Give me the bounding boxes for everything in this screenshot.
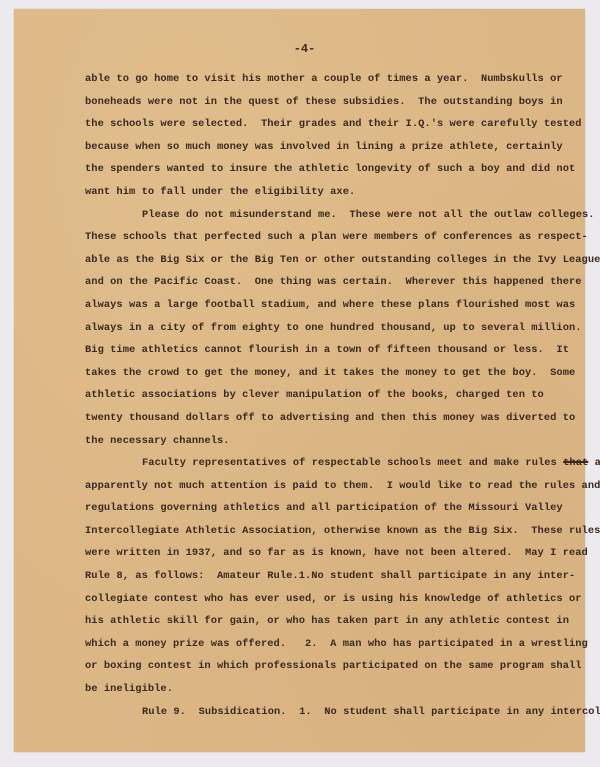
text-line: collegiate contest who has ever used, or… xyxy=(85,588,585,611)
paragraph-start-line: Rule 9. Subsidication. 1. No student sha… xyxy=(85,701,585,724)
text-line: takes the crowd to get the money, and it… xyxy=(85,362,585,385)
text-line: able to go home to visit his mother a co… xyxy=(85,68,585,91)
text-line: boneheads were not in the quest of these… xyxy=(85,91,585,114)
document-page: -4- able to go home to visit his mother … xyxy=(14,9,585,752)
text-line: twenty thousand dollars off to advertisi… xyxy=(85,407,585,430)
text-line: always was a large football stadium, and… xyxy=(85,294,585,317)
text-line: Intercollegiate Athletic Association, ot… xyxy=(85,520,585,543)
struck-out-word: that xyxy=(563,457,588,469)
text-line: or boxing contest in which professionals… xyxy=(85,655,585,678)
text-line: want him to fall under the eligibility a… xyxy=(85,181,585,204)
text-line: the necessary channels. xyxy=(85,430,585,453)
line-text: Faculty representatives of respectable s… xyxy=(142,457,563,469)
text-line: regulations governing athletics and all … xyxy=(85,497,585,520)
text-line: the schools were selected. Their grades … xyxy=(85,113,585,136)
line-text: and xyxy=(588,457,600,469)
text-line: because when so much money was involved … xyxy=(85,136,585,159)
text-line: his athletic skill for gain, or who has … xyxy=(85,610,585,633)
paragraph-start-line: Please do not misunderstand me. These we… xyxy=(85,204,585,227)
text-line: the spenders wanted to insure the athlet… xyxy=(85,158,585,181)
typed-body-text: able to go home to visit his mother a co… xyxy=(85,68,585,723)
text-line: athletic associations by clever manipula… xyxy=(85,384,585,407)
text-line: were written in 1937, and so far as is k… xyxy=(85,542,585,565)
text-line: apparently not much attention is paid to… xyxy=(85,475,585,498)
text-line: able as the Big Six or the Big Ten or ot… xyxy=(85,249,585,272)
paragraph-start-line: Faculty representatives of respectable s… xyxy=(85,452,585,475)
text-line: Big time athletics cannot flourish in a … xyxy=(85,339,585,362)
text-line: be ineligible. xyxy=(85,678,585,701)
text-line: These schools that perfected such a plan… xyxy=(85,226,585,249)
text-line: always in a city of from eighty to one h… xyxy=(85,317,585,340)
page-number: -4- xyxy=(14,42,585,56)
text-line: Rule 8, as follows: Amateur Rule.1.No st… xyxy=(85,565,585,588)
text-line: which a money prize was offered. 2. A ma… xyxy=(85,633,585,656)
text-line: and on the Pacific Coast. One thing was … xyxy=(85,271,585,294)
